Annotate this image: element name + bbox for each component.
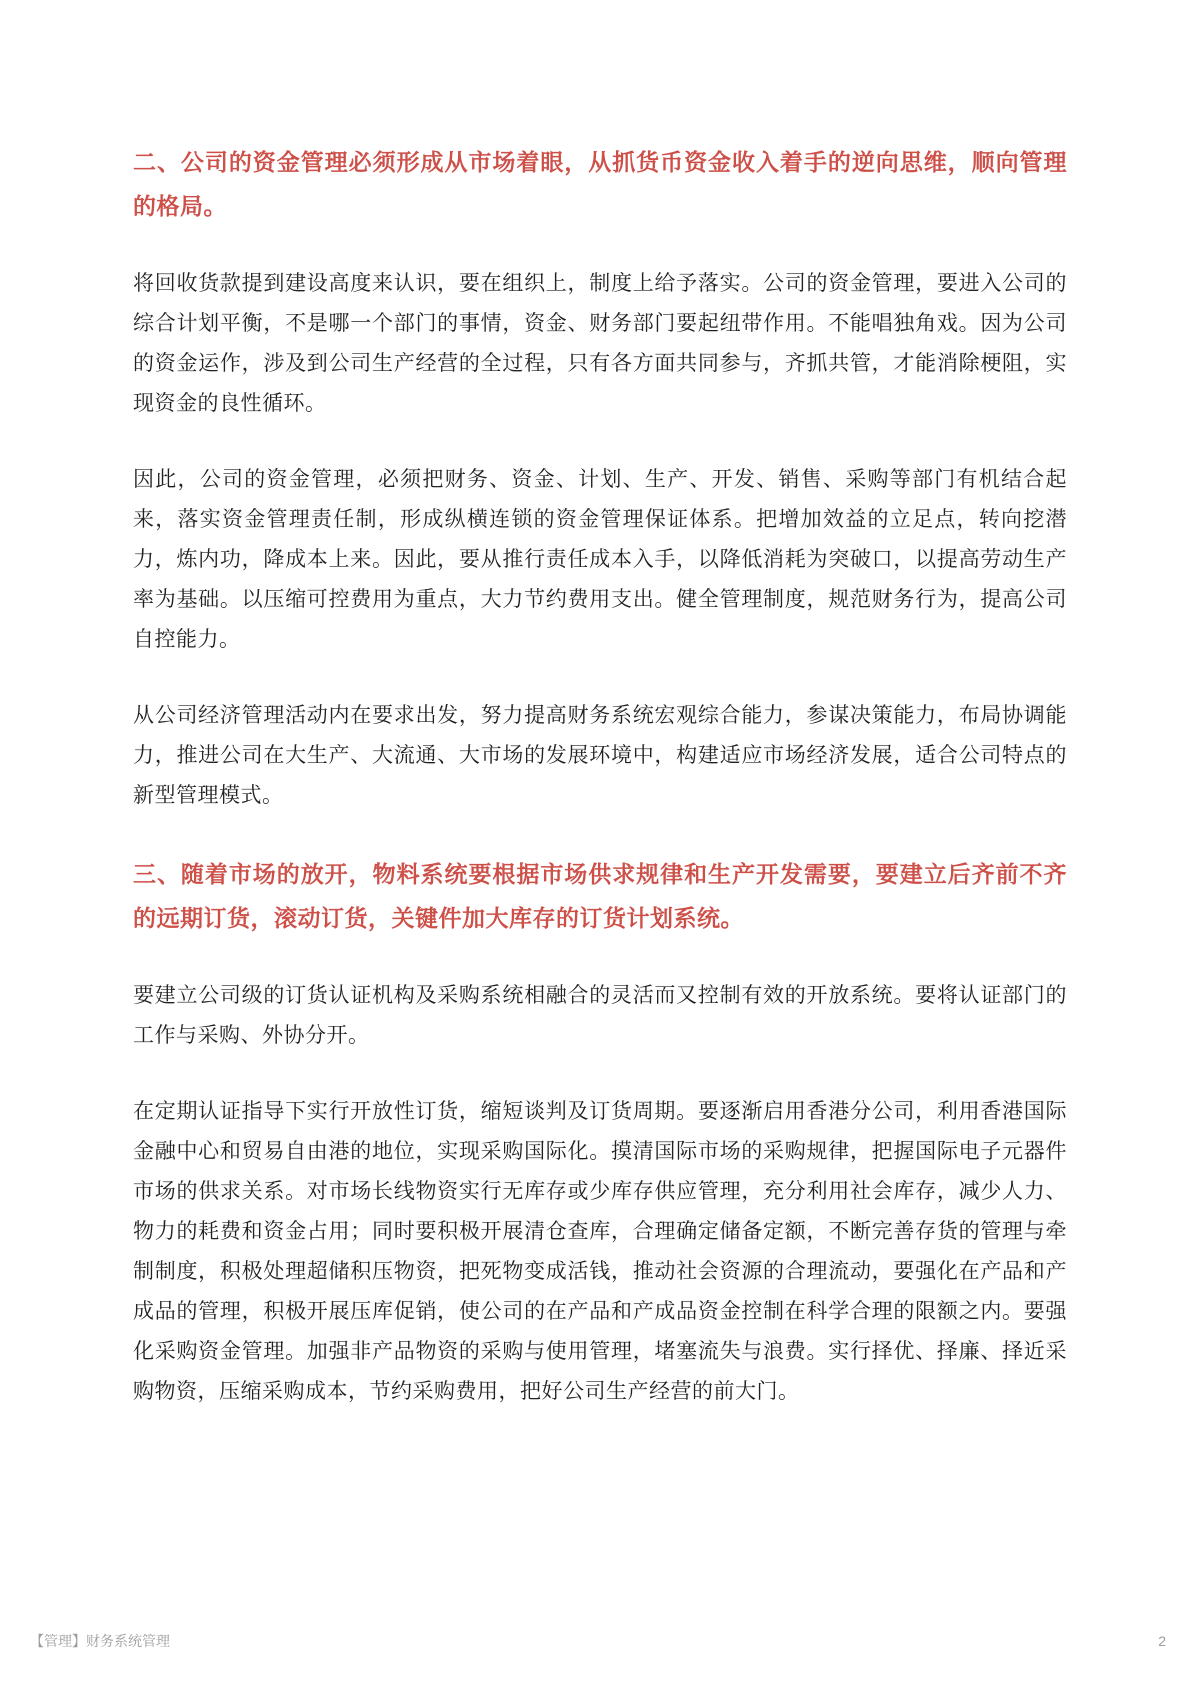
body-paragraph: 要建立公司级的订货认证机构及采购系统相融合的灵活而又控制有效的开放系统。要将认证… — [133, 976, 1067, 1056]
section-heading-3: 三、随着市场的放开，物料系统要根据市场供求规律和生产开发需要，要建立后齐前不齐的… — [133, 852, 1067, 940]
body-paragraph: 在定期认证指导下实行开放性订货，缩短谈判及订货周期。要逐渐启用香港分公司，利用香… — [133, 1092, 1067, 1412]
footer-page-number: 2 — [1158, 1632, 1166, 1650]
document-page: 二、公司的资金管理必须形成从市场着眼，从抓货币资金收入着手的逆向思维，顺向管理的… — [0, 0, 1200, 1698]
body-paragraph: 从公司经济管理活动内在要求出发，努力提高财务系统宏观综合能力，参谋决策能力，布局… — [133, 696, 1067, 816]
footer-document-title: 【管理】财务系统管理 — [30, 1632, 170, 1650]
body-paragraph: 因此，公司的资金管理，必须把财务、资金、计划、生产、开发、销售、采购等部门有机结… — [133, 460, 1067, 660]
section-heading-2: 二、公司的资金管理必须形成从市场着眼，从抓货币资金收入着手的逆向思维，顺向管理的… — [133, 140, 1067, 228]
page-footer: 【管理】财务系统管理 2 — [0, 1632, 1200, 1650]
body-paragraph: 将回收货款提到建设高度来认识，要在组织上，制度上给予落实。公司的资金管理，要进入… — [133, 264, 1067, 424]
document-content: 二、公司的资金管理必须形成从市场着眼，从抓货币资金收入着手的逆向思维，顺向管理的… — [0, 0, 1200, 1412]
